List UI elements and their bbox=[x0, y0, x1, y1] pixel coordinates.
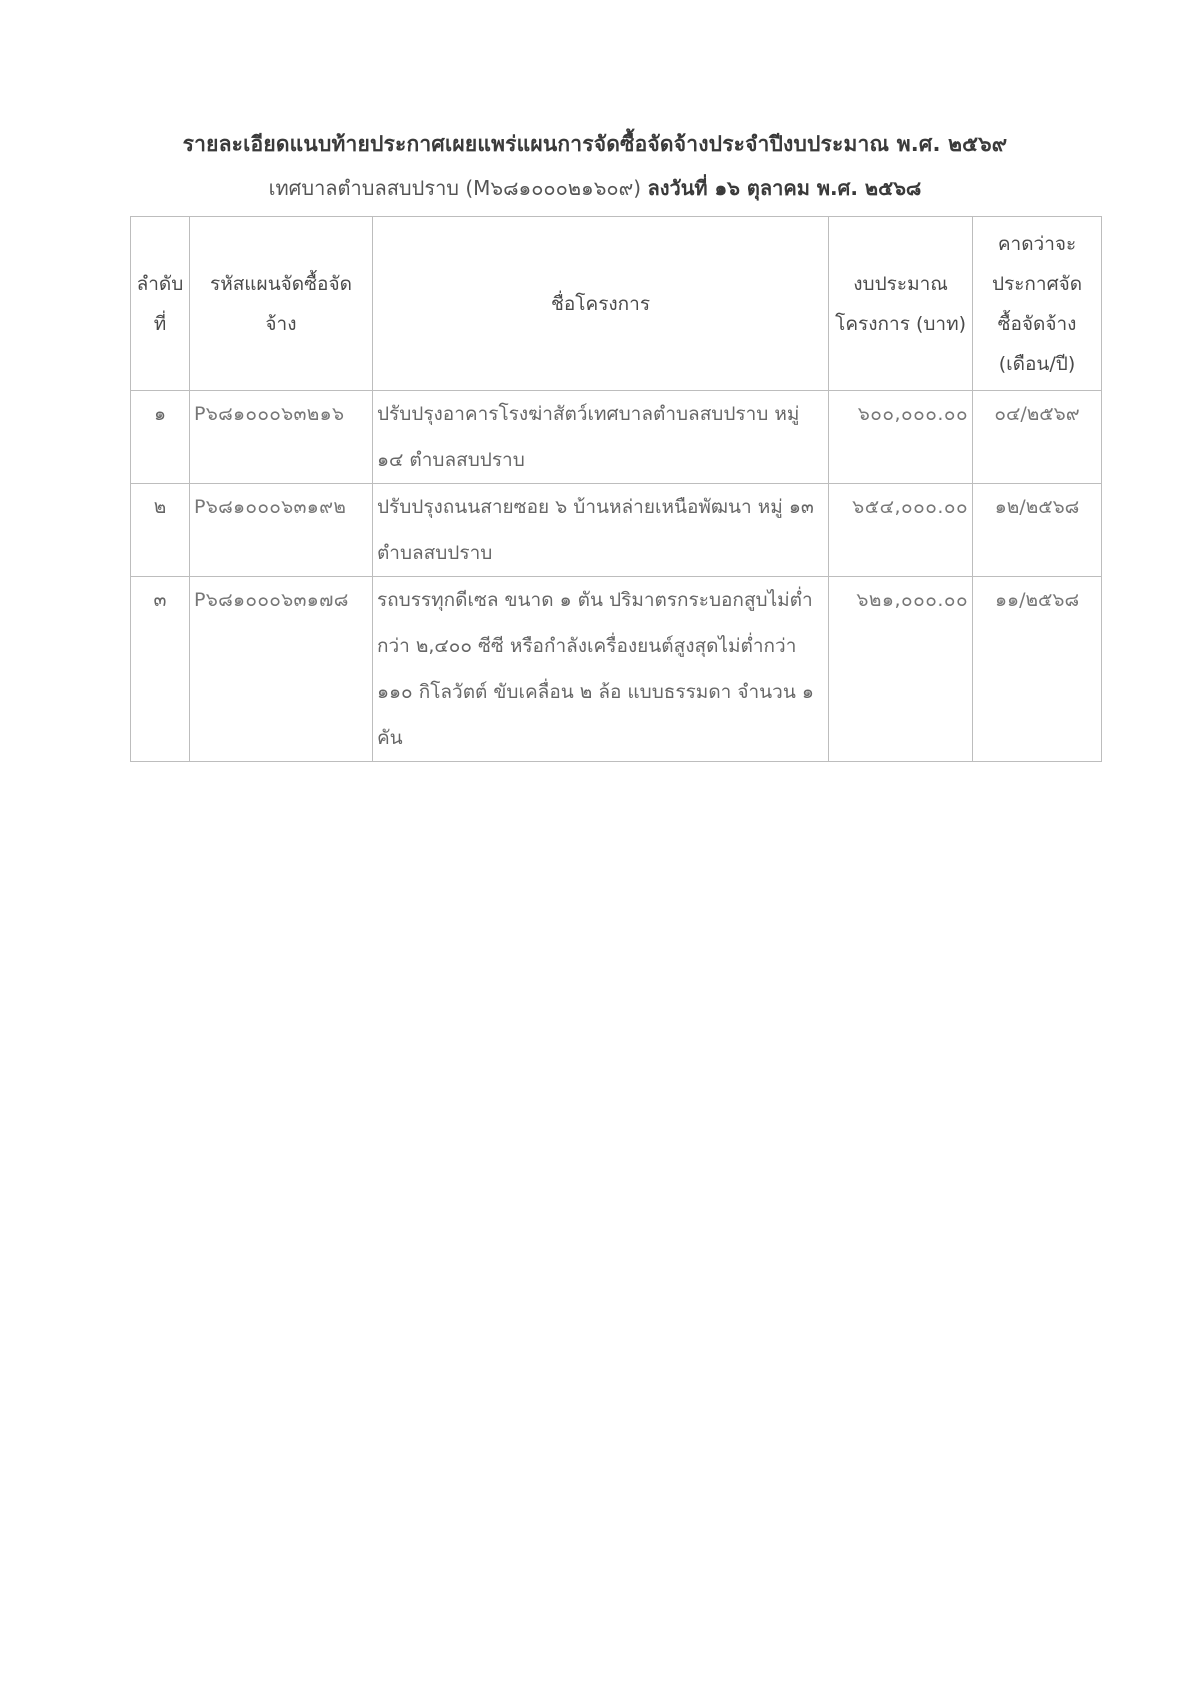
cell-budget: ๖๐๐,๐๐๐.๐๐ bbox=[829, 391, 973, 484]
column-header-announce-date: คาดว่าจะ ประกาศจัด ซื้อจัดจ้าง (เดือน/ปี… bbox=[973, 217, 1102, 391]
cell-announce-date: ๑๑/๒๕๖๘ bbox=[973, 577, 1102, 762]
table-row: ๒ P๖๘๑๐๐๐๖๓๑๙๒ ปรับปรุงถนนสายซอย ๖ บ้านห… bbox=[131, 484, 1102, 577]
cell-project-name: ปรับปรุงอาคารโรงฆ่าสัตว์เทศบาลตำบลสบปราบ… bbox=[372, 391, 828, 484]
cell-announce-date: ๐๔/๒๕๖๙ bbox=[973, 391, 1102, 484]
cell-budget: ๖๕๔,๐๐๐.๐๐ bbox=[829, 484, 973, 577]
cell-no: ๓ bbox=[131, 577, 190, 762]
procurement-plan-table: ลำดับ ที่ รหัสแผนจัดซื้อจัด จ้าง ชื่อโคร… bbox=[130, 216, 1102, 762]
cell-no: ๒ bbox=[131, 484, 190, 577]
cell-plan-code: P๖๘๑๐๐๐๖๓๑๙๒ bbox=[189, 484, 372, 577]
cell-announce-date: ๑๒/๒๕๖๘ bbox=[973, 484, 1102, 577]
column-header-budget: งบประมาณ โครงการ (บาท) bbox=[829, 217, 973, 391]
cell-project-name: ปรับปรุงถนนสายซอย ๖ บ้านหล่ายเหนือพัฒนา … bbox=[372, 484, 828, 577]
subtitle-date: ลงวันที่ ๑๖ ตุลาคม พ.ศ. ๒๕๖๘ bbox=[647, 176, 921, 200]
document-title: รายละเอียดแนบท้ายประกาศเผยแพร่แผนการจัดซ… bbox=[0, 128, 1190, 161]
table-header-row: ลำดับ ที่ รหัสแผนจัดซื้อจัด จ้าง ชื่อโคร… bbox=[131, 217, 1102, 391]
column-header-no: ลำดับ ที่ bbox=[131, 217, 190, 391]
table-row: ๑ P๖๘๑๐๐๐๖๓๒๑๖ ปรับปรุงอาคารโรงฆ่าสัตว์เ… bbox=[131, 391, 1102, 484]
column-header-plan-code: รหัสแผนจัดซื้อจัด จ้าง bbox=[189, 217, 372, 391]
cell-no: ๑ bbox=[131, 391, 190, 484]
cell-plan-code: P๖๘๑๐๐๐๖๓๒๑๖ bbox=[189, 391, 372, 484]
cell-budget: ๖๒๑,๐๐๐.๐๐ bbox=[829, 577, 973, 762]
document-subtitle: เทศบาลตำบลสบปราบ (M๖๘๑๐๐๐๒๑๖๐๙) ลงวันที่… bbox=[0, 172, 1190, 204]
cell-project-name: รถบรรทุกดีเซล ขนาด ๑ ตัน ปริมาตรกระบอกสู… bbox=[372, 577, 828, 762]
subtitle-organization: เทศบาลตำบลสบปราบ (M๖๘๑๐๐๐๒๑๖๐๙) bbox=[269, 176, 641, 200]
table-row: ๓ P๖๘๑๐๐๐๖๓๑๗๘ รถบรรทุกดีเซล ขนาด ๑ ตัน … bbox=[131, 577, 1102, 762]
column-header-project-name: ชื่อโครงการ bbox=[372, 217, 828, 391]
cell-plan-code: P๖๘๑๐๐๐๖๓๑๗๘ bbox=[189, 577, 372, 762]
